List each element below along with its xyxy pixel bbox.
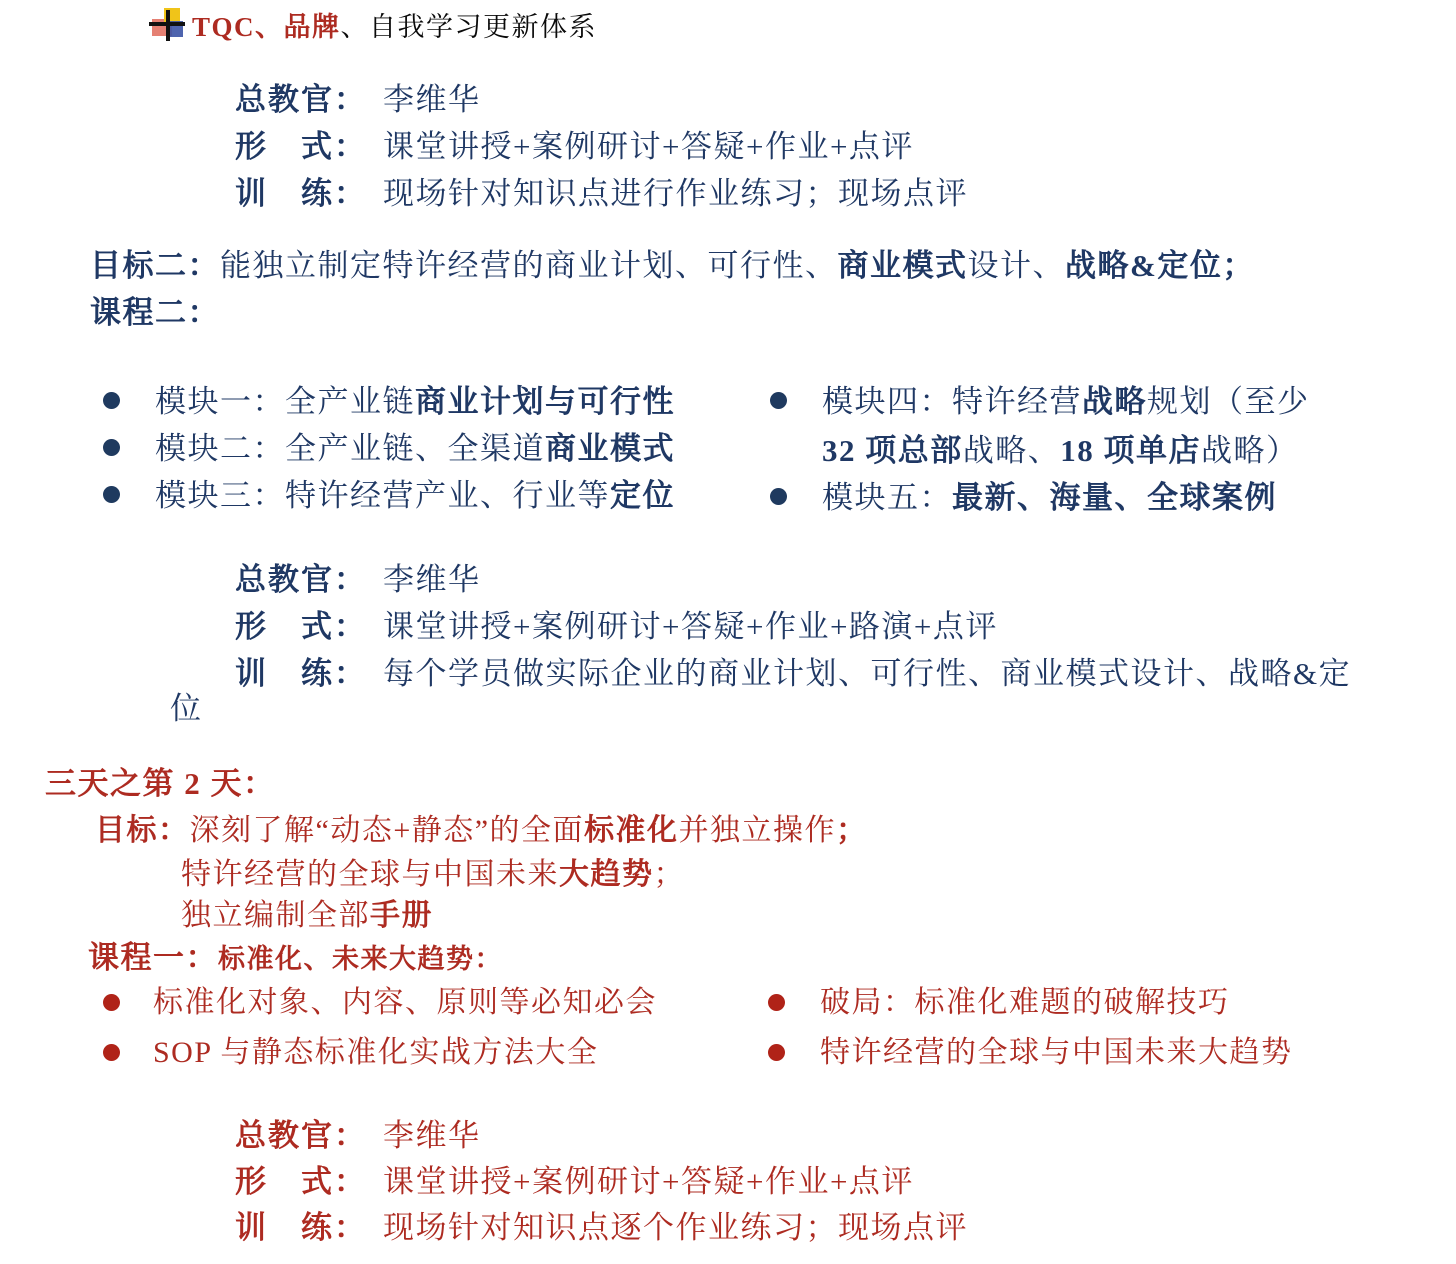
instructor3-row-chief: 总教官：李维华 — [235, 1118, 481, 1154]
day2-heading: 三天之第 2 天： — [45, 766, 276, 802]
field-label: 总教官： — [235, 82, 367, 117]
course1-heading: 课程一：标准化、未来大趋势： — [88, 940, 503, 976]
field-label: 总教官： — [235, 562, 367, 597]
instructor3-row-format: 形 式：课堂讲授+案例研讨+答疑+作业+点评 — [235, 1164, 914, 1200]
bullet-icon — [770, 488, 787, 505]
bullet-icon — [768, 1044, 785, 1061]
field-label: 训 练： — [235, 656, 367, 691]
day2-goal-line3: 独立编制全部手册 — [181, 899, 433, 934]
course1-bullet-left-1: 标准化对象、内容、原则等必知必会 — [153, 986, 657, 1021]
day2-goal-line2: 特许经营的全球与中国未来大趋势； — [181, 858, 685, 893]
field-value: 课堂讲授+案例研讨+答疑+作业+路演+点评 — [383, 609, 998, 644]
module4-item-line1: 模块四：特许经营战略规划（至少 — [822, 384, 1310, 420]
field-label: 训 练： — [235, 176, 367, 211]
field-value: 李维华 — [383, 562, 481, 597]
instructor2-row-chief: 总教官：李维华 — [235, 562, 481, 598]
bullet-icon — [768, 994, 785, 1011]
field-value: 课堂讲授+案例研讨+答疑+作业+点评 — [383, 1164, 914, 1199]
course1-bullet-right-2: 特许经营的全球与中国未来大趋势 — [820, 1036, 1293, 1071]
module3-item: 模块三：特许经营产业、行业等定位 — [155, 478, 675, 514]
field-label: 形 式： — [235, 129, 367, 164]
bullet-icon — [103, 392, 120, 409]
field-value: 现场针对知识点进行作业练习；现场点评 — [383, 176, 968, 211]
field-value: 每个学员做实际企业的商业计划、可行性、商业模式设计、战略&定 — [383, 656, 1351, 691]
colored-cross-bullet-icon — [152, 8, 188, 44]
bullet-icon — [103, 439, 120, 456]
top-bullet-line: TQC、品牌、自我学习更新体系 — [192, 12, 597, 43]
document-page: TQC、品牌、自我学习更新体系 总教官：李维华 形 式：课堂讲授+案例研讨+答疑… — [0, 0, 1456, 1264]
field-value: 李维华 — [383, 82, 481, 117]
field-value: 现场针对知识点逐个作业练习；现场点评 — [383, 1210, 968, 1245]
field-label: 总教官： — [235, 1118, 367, 1153]
field-value: 李维华 — [383, 1118, 481, 1153]
field-label: 形 式： — [235, 609, 367, 644]
module5-item: 模块五：最新、海量、全球案例 — [822, 480, 1277, 516]
module4-item-line2: 32 项总部战略、18 项单店战略） — [822, 433, 1299, 469]
bullet-icon — [770, 392, 787, 409]
course2-label: 课程二： — [90, 295, 220, 331]
goal2-line: 目标二：能独立制定特许经营的商业计划、可行性、商业模式设计、战略&定位； — [90, 248, 1255, 284]
bullet-icon — [103, 486, 120, 503]
field-label: 训 练： — [235, 1210, 367, 1245]
bullet-icon — [103, 994, 120, 1011]
field-value: 课堂讲授+案例研讨+答疑+作业+点评 — [383, 129, 914, 164]
course1-bullet-right-1: 破局：标准化难题的破解技巧 — [820, 986, 1230, 1021]
instructor2-row-format: 形 式：课堂讲授+案例研讨+答疑+作业+路演+点评 — [235, 609, 998, 645]
module2-item: 模块二：全产业链、全渠道商业模式 — [155, 431, 675, 467]
field-label: 形 式： — [235, 1164, 367, 1199]
instructor2-wrap-text: 位 — [170, 691, 203, 727]
instructor2-row-training: 训 练：每个学员做实际企业的商业计划、可行性、商业模式设计、战略&定 — [235, 656, 1351, 692]
module1-item: 模块一：全产业链商业计划与可行性 — [155, 384, 675, 420]
bullet-icon — [103, 1044, 120, 1061]
course1-bullet-left-2: SOP 与静态标准化实战方法大全 — [153, 1036, 598, 1071]
instructor1-row-format: 形 式：课堂讲授+案例研讨+答疑+作业+点评 — [235, 129, 914, 165]
instructor1-row-chief: 总教官：李维华 — [235, 82, 481, 118]
instructor1-row-training: 训 练：现场针对知识点进行作业练习；现场点评 — [235, 176, 968, 212]
instructor3-row-training: 训 练：现场针对知识点逐个作业练习；现场点评 — [235, 1210, 968, 1246]
day2-goal-line1: 目标：深刻了解“动态+静态”的全面标准化并独立操作； — [95, 814, 868, 849]
